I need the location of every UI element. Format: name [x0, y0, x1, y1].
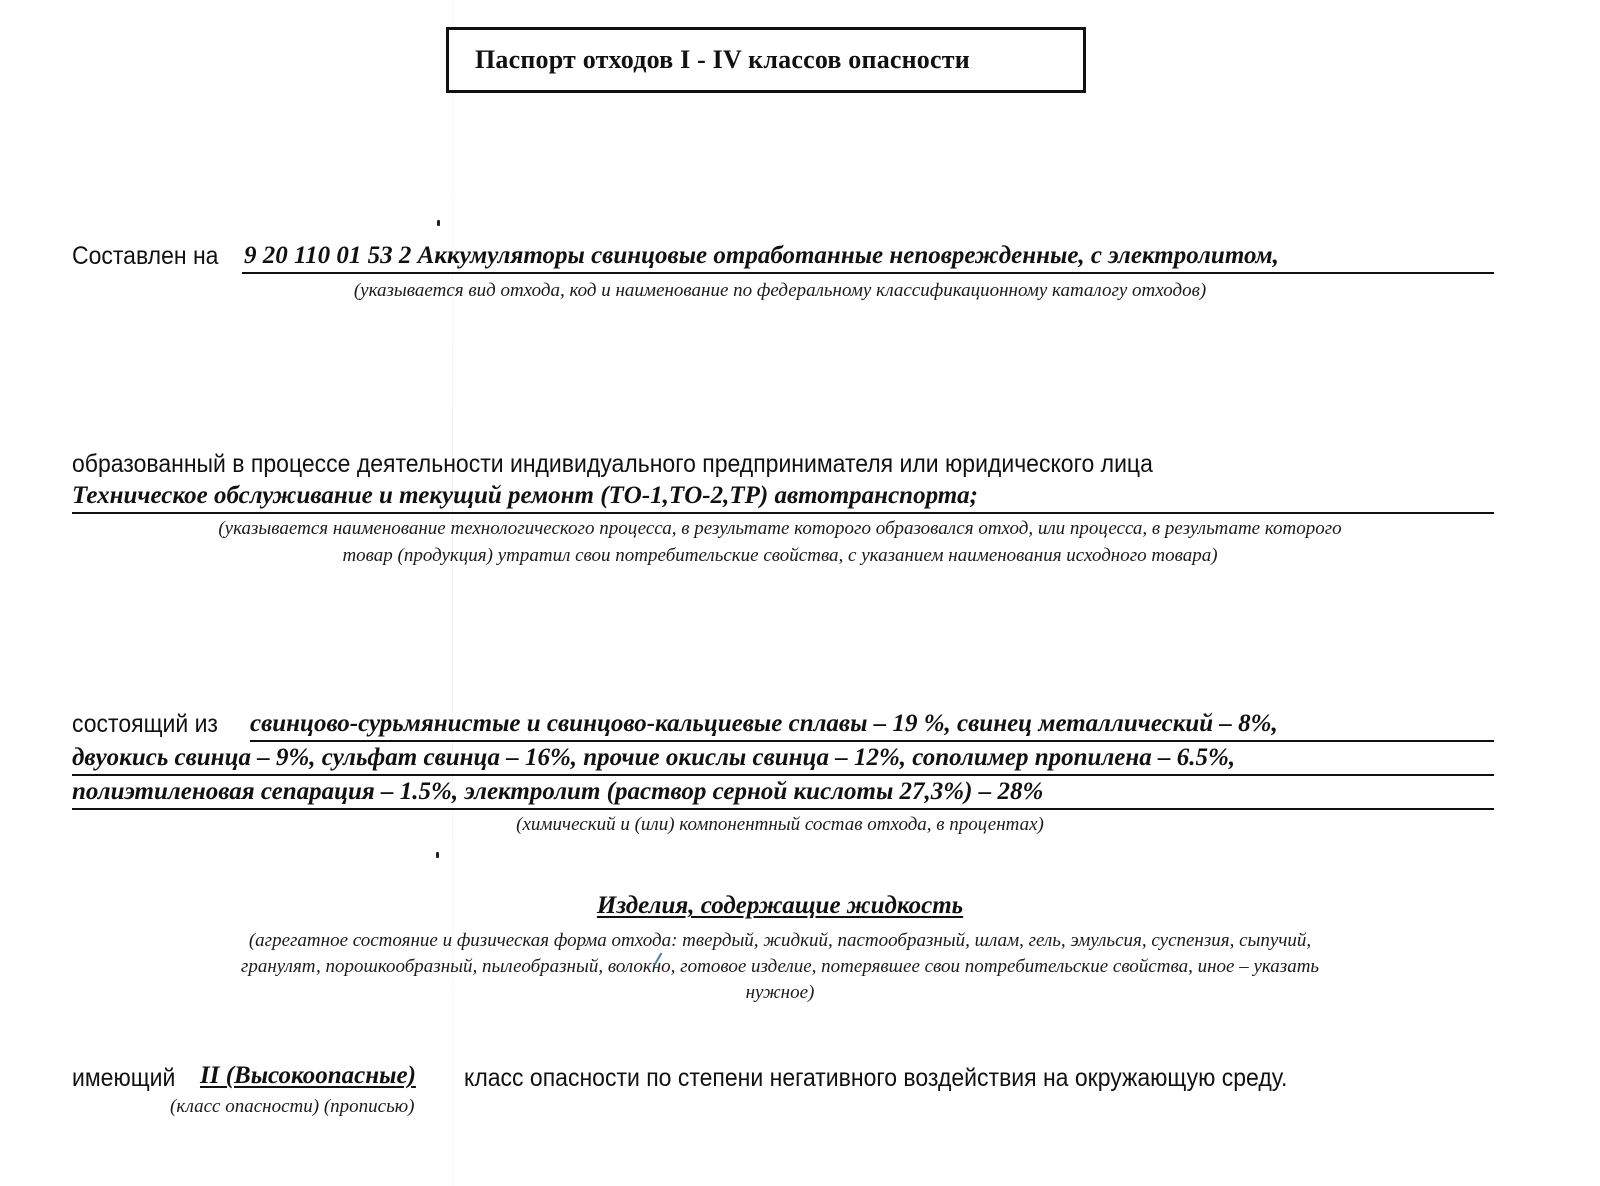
- composition-underline-2: [72, 774, 1494, 776]
- composition-label: состоящий из: [72, 710, 218, 739]
- composition-hint: (химический и (или) компонентный состав …: [0, 814, 1560, 836]
- state-hint-line3: нужное): [0, 982, 1560, 1004]
- document-title-box: Паспорт отходов I - IV классов опасности: [446, 27, 1086, 93]
- waste-row: Составлен на: [72, 242, 231, 271]
- process-row: образованный в процессе деятельности инд…: [72, 450, 1247, 479]
- process-underline: [72, 512, 1494, 514]
- composition-row: состоящий из: [72, 710, 231, 739]
- hazard-suffix: класс опасности по степени негативного в…: [464, 1064, 1287, 1093]
- state-hint-line2: гранулят, порошкообразный, пылеобразный,…: [0, 956, 1560, 978]
- scan-speck: [436, 852, 439, 858]
- composition-underline-3: [72, 808, 1494, 810]
- composition-line-2: двуокись свинца – 9%, сульфат свинца – 1…: [72, 744, 1235, 772]
- scan-fold-line: [452, 0, 453, 1186]
- hazard-label: имеющий: [72, 1064, 175, 1093]
- process-value: Техническое обслуживание и текущий ремон…: [72, 482, 978, 510]
- waste-hint: (указывается вид отхода, код и наименова…: [0, 280, 1560, 302]
- document-title: Паспорт отходов I - IV классов опасности: [475, 45, 970, 75]
- hazard-value: II (Высокоопасные): [200, 1062, 416, 1090]
- waste-value: 9 20 110 01 53 2 Аккумуляторы свинцовые …: [244, 242, 1279, 270]
- composition-line-1: свинцово-сурьмянистые и свинцово-кальцие…: [250, 710, 1278, 738]
- hazard-hint: (класс опасности) (прописью): [170, 1096, 414, 1118]
- hazard-suffix-row: класс опасности по степени негативного в…: [464, 1064, 1359, 1093]
- process-hint-line1: (указывается наименование технологическо…: [60, 518, 1500, 540]
- hazard-row: имеющий: [72, 1064, 184, 1093]
- composition-line-3: полиэтиленовая сепарация – 1.5%, электро…: [72, 778, 1043, 806]
- waste-label: Составлен на: [72, 242, 218, 271]
- scan-speck: [437, 220, 440, 226]
- process-hint-line2: товар (продукция) утратил свои потребите…: [0, 545, 1560, 567]
- process-label: образованный в процессе деятельности инд…: [72, 450, 1153, 479]
- waste-underline: [242, 272, 1494, 274]
- composition-underline-1: [250, 740, 1494, 742]
- state-value: Изделия, содержащие жидкость: [0, 892, 1560, 920]
- state-hint-line1: (агрегатное состояние и физическая форма…: [0, 930, 1560, 952]
